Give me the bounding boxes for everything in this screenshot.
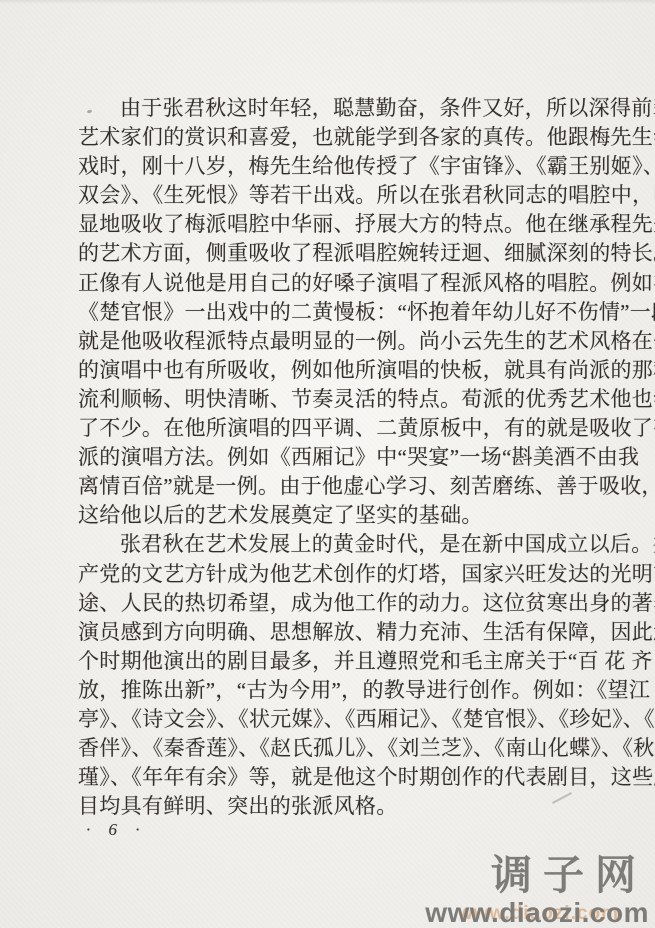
body-text: 由于张君秋这时年轻，聪慧勤奋，条件又好，所以深得前辈 艺术家们的赏识和喜爱，也就… — [78, 94, 583, 821]
text-line: 派的演唱方法。例如《西厢记》中“哭宴”一场“斟美酒不由我 — [78, 443, 583, 472]
text-line: 离情百倍”就是一例。由于他虚心学习、刻苦磨练、善于吸收， — [78, 472, 583, 501]
text-line: 流利顺畅、明快清晰、节奏灵活的特点。荀派的优秀艺术他也学 — [78, 385, 583, 414]
scanned-book-page: 由于张君秋这时年轻，聪慧勤奋，条件又好，所以深得前辈 艺术家们的赏识和喜爱，也就… — [0, 0, 655, 928]
text-line: 正像有人说他是用自己的好嗓子演唱了程派风格的唱腔。例如在 — [78, 269, 583, 298]
text-line: 目均具有鲜明、突出的张派风格。 — [78, 792, 583, 821]
text-line: 产党的文艺方针成为他艺术创作的灯塔，国家兴旺发达的光明前 — [78, 560, 583, 589]
text-line: 的艺术方面，侧重吸收了程派唱腔婉转迂迴、细腻深刻的特长。 — [78, 239, 583, 268]
text-line: 张君秋在艺术发展上的黄金时代，是在新中国成立以后。共 — [78, 530, 583, 559]
watermark-site-name: 调子网 — [425, 854, 647, 897]
watermark-site-url: www.diaozi.com — [425, 897, 649, 928]
text-line: 途、人民的热切希望，成为他工作的动力。这位贫寒出身的著名 — [78, 589, 583, 618]
text-line: 显地吸收了梅派唱腔中华丽、抒展大方的特点。他在继承程先生 — [78, 210, 583, 239]
text-line: 艺术家们的赏识和喜爱，也就能学到各家的真传。他跟梅先生学 — [78, 123, 583, 152]
text-line: 戏时，刚十八岁，梅先生给他传授了《宇宙锋》、《霸王别姬》、《奇 — [78, 152, 583, 181]
text-line: 双会》、《生死恨》等若干出戏。所以在张君秋同志的唱腔中，明 — [78, 181, 583, 210]
text-line: 这给他以后的艺术发展奠定了坚实的基础。 — [78, 501, 583, 530]
text-line: 就是他吸收程派特点最明显的一例。尚小云先生的艺术风格在他 — [78, 327, 583, 356]
text-line: 演员感到方向明确、思想解放、精力充沛、生活有保障，因此这 — [78, 618, 583, 647]
text-line: 瑾》、《年年有余》等，就是他这个时期创作的代表剧目，这些剧 — [78, 763, 583, 792]
text-line: 的演唱中也有所吸收，例如他所演唱的快板，就具有尚派的那种 — [78, 356, 583, 385]
site-watermark: www.diaozi.com 调子网 www.diaozi.com — [425, 854, 649, 928]
text-line: 亭》、《诗文会》、《状元媒》、《西厢记》、《楚官恨》、《珍妃》、《怜 — [78, 705, 583, 734]
text-line: 《楚官恨》一出戏中的二黄慢板：“怀抱着年幼儿好不伤情”一段， — [78, 298, 583, 327]
page-number: · 6 · — [86, 820, 147, 840]
text-line: 放，推陈出新”，“古为今用”，的教导进行创作。例如：《望江 — [78, 676, 583, 705]
text-line: 由于张君秋这时年轻，聪慧勤奋，条件又好，所以深得前辈 — [78, 94, 583, 123]
text-line: 了不少。在他所演唱的四平调、二黄原板中，有的就是吸收了荀 — [78, 414, 583, 443]
text-line: 个时期他演出的剧目最多，并且遵照党和毛主席关于“百 花 齐 — [78, 647, 583, 676]
text-line: 香伴》、《秦香莲》、《赵氏孤儿》、《刘兰芝》、《南山化蝶》、《秋 — [78, 734, 583, 763]
